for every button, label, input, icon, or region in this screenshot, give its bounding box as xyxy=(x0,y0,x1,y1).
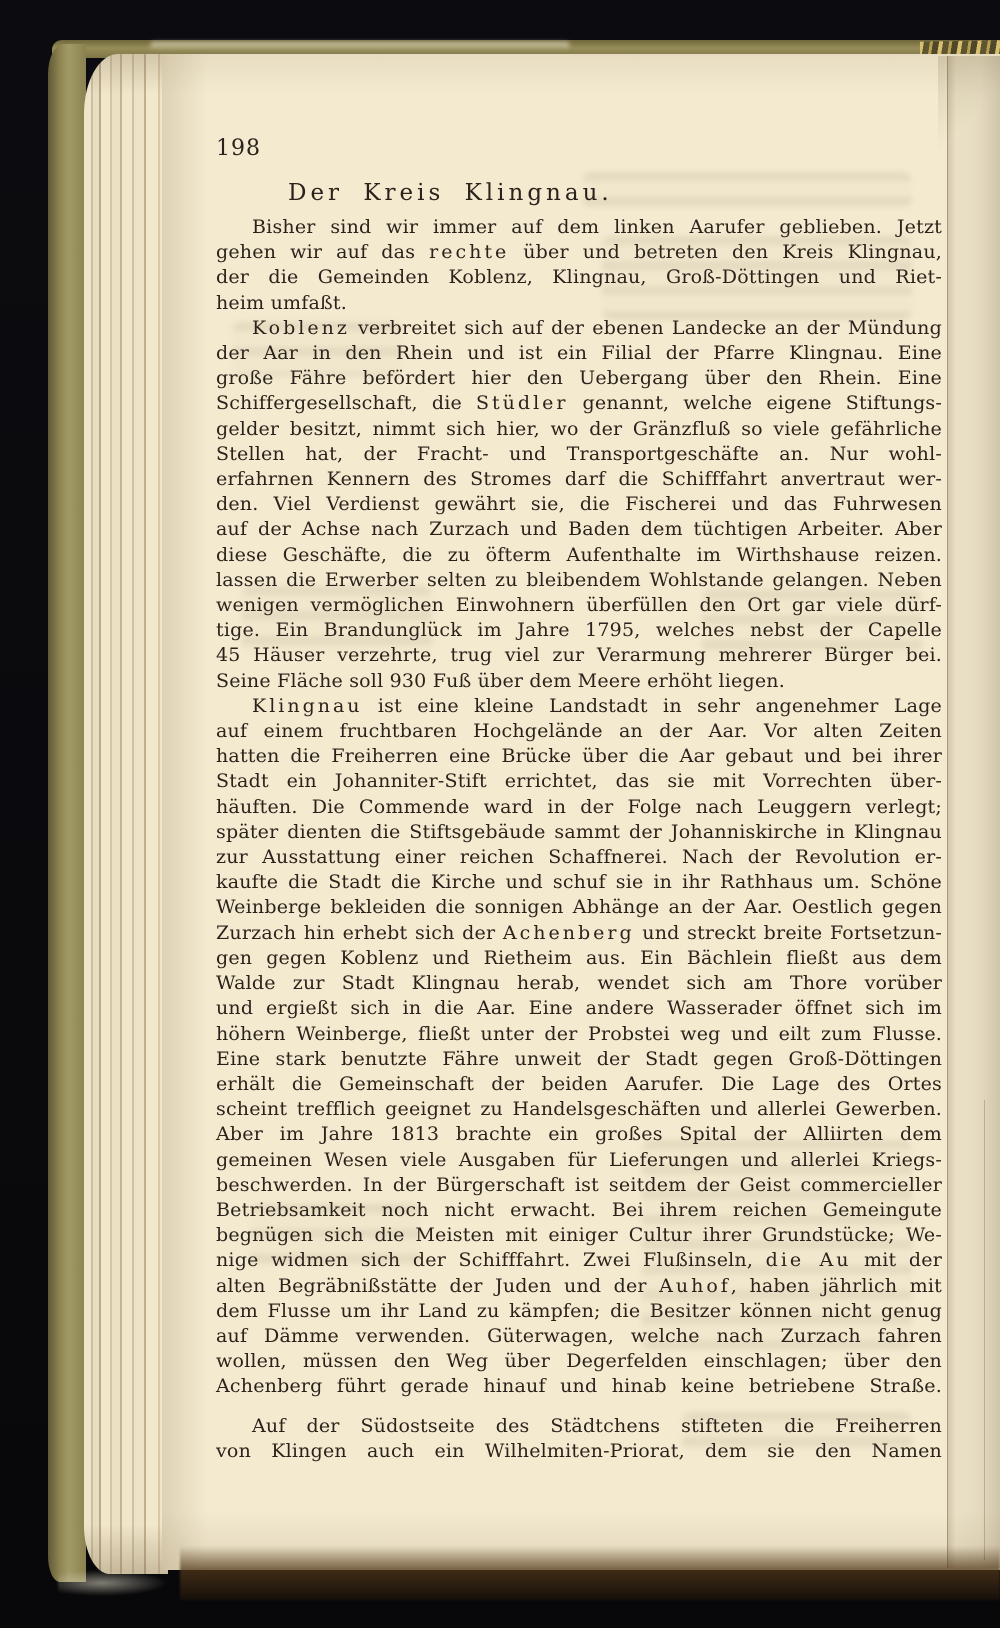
page-fold-shading xyxy=(947,56,1000,1568)
text-line: wenigen vermöglichen Einwohnern überfüll… xyxy=(216,593,942,618)
paragraph: Bisher sind wir immer auf dem linken Aar… xyxy=(216,215,942,316)
text-line: den. Viel Verdienst gewährt sie, die Fis… xyxy=(216,492,942,517)
body-paragraphs: Bisher sind wir immer auf dem linken Aar… xyxy=(216,215,942,1464)
text-line: scheint trefflich geeignet zu Handelsges… xyxy=(216,1097,942,1122)
text-line: hatten die Freiherren eine Brücke über d… xyxy=(216,744,942,769)
text-line: große Fähre befördert hier den Uebergang… xyxy=(216,366,942,391)
text-line: zur Ausstattung einer reichen Schaffnere… xyxy=(216,845,942,870)
cover-top-shine xyxy=(150,42,570,50)
text-line: dem Flusse um ihr Land zu kämpfen; die B… xyxy=(216,1299,942,1324)
text-line: Auf der Südostseite des Städtchens stift… xyxy=(216,1414,942,1439)
text-line: Achenberg führt gerade hinauf und hinab … xyxy=(216,1374,942,1399)
text-line: Klingnau ist eine kleine Landstadt in se… xyxy=(216,694,942,719)
text-line: von Klingen auch ein Wilhelmiten-Priorat… xyxy=(216,1439,942,1464)
text-line: auf einem fruchtbaren Hochgelände an der… xyxy=(216,719,942,744)
fanned-page-edges xyxy=(84,54,168,1574)
text-line: beschwerden. In der Bürgerschaft ist sei… xyxy=(216,1173,942,1198)
paragraph: Auf der Südostseite des Städtchens stift… xyxy=(216,1414,942,1464)
text-line: häuften. Die Commende ward in der Folge … xyxy=(216,795,942,820)
text-line: der Aar in den Rhein und ist ein Filial … xyxy=(216,341,942,366)
text-line: alten Begräbnißstätte der Juden und der … xyxy=(216,1274,942,1299)
text-line: Zurzach hin erhebt sich der Achenberg un… xyxy=(216,921,942,946)
cover-corner-wear xyxy=(58,1570,168,1596)
text-line: erhält die Gemeinschaft der beiden Aaruf… xyxy=(216,1072,942,1097)
text-line: Betriebsamkeit noch nicht erwacht. Bei i… xyxy=(216,1198,942,1223)
text-line: diese Geschäfte, die zu öfterm Aufenthal… xyxy=(216,543,942,568)
text-line: Schiffergesellschaft, die Stüdler genann… xyxy=(216,391,942,416)
text-line: wollen, müssen den Weg über Degerfelden … xyxy=(216,1349,942,1374)
text-line: Koblenz verbreitet sich auf der ebenen L… xyxy=(216,316,942,341)
letterspaced-word: Achenberg xyxy=(503,922,635,944)
text-line: später dienten die Stiftsgebäude sammt d… xyxy=(216,820,942,845)
text-line: auf der Achse nach Zurzach und Baden dem… xyxy=(216,517,942,542)
section-heading: Der Kreis Klingnau. xyxy=(288,179,942,208)
text-line: Weinberge bekleiden die sonnigen Abhänge… xyxy=(216,895,942,920)
text-line: tige. Ein Brandunglück im Jahre 1795, we… xyxy=(216,618,942,643)
text-line: Stadt ein Johanniter-Stift errichtet, da… xyxy=(216,769,942,794)
text-line: Aber im Jahre 1813 brachte ein großes Sp… xyxy=(216,1122,942,1147)
book-bottom-shadow xyxy=(180,1546,1000,1600)
letterspaced-word: Stüdler xyxy=(476,392,568,414)
text-line: begnügen sich die Meisten mit einiger Cu… xyxy=(216,1223,942,1248)
book-cover-left-edge xyxy=(48,44,86,1582)
text-line: Eine stark benutzte Fähre unweit der Sta… xyxy=(216,1047,942,1072)
letterspaced-word: Klingnau xyxy=(252,695,363,717)
text-line: Walde zur Stadt Klingnau herab, wendet s… xyxy=(216,971,942,996)
text-line: Bisher sind wir immer auf dem linken Aar… xyxy=(216,215,942,240)
paragraph: Koblenz verbreitet sich auf der ebenen L… xyxy=(216,316,942,694)
text-line: kaufte die Stadt die Kirche und schuf si… xyxy=(216,870,942,895)
text-line: und ergießt sich in die Aar. Eine andere… xyxy=(216,996,942,1021)
text-line: 45 Häuser verzehrte, trug viel zur Verar… xyxy=(216,643,942,668)
text-line: heim umfaßt. xyxy=(216,291,942,316)
page-corner-shade xyxy=(938,56,1000,156)
page-number: 198 xyxy=(216,136,942,162)
letterspaced-word: Auhof xyxy=(659,1275,731,1297)
text-line: lassen die Erwerber selten zu bleibendem… xyxy=(216,568,942,593)
text-line: auf Dämme verwenden. Güterwagen, welche … xyxy=(216,1324,942,1349)
book-scan: 198 Der Kreis Klingnau. Bisher sind wir … xyxy=(0,0,1000,1628)
text-line: nige widmen sich der Schifffahrt. Zwei F… xyxy=(216,1248,942,1273)
text-line: Seine Fläche soll 930 Fuß über dem Meere… xyxy=(216,669,942,694)
text-line: der die Gemeinden Koblenz, Klingnau, Gro… xyxy=(216,265,942,290)
text-line: Stellen hat, der Fracht- und Transportge… xyxy=(216,442,942,467)
text-line: gen gegen Koblenz und Rietheim aus. Ein … xyxy=(216,946,942,971)
text-line: gehen wir auf das rechte über und betret… xyxy=(216,240,942,265)
text-line: gelder besitzt, nimmt sich hier, wo der … xyxy=(216,417,942,442)
paragraph: Klingnau ist eine kleine Landstadt in se… xyxy=(216,694,942,1400)
text-line: gemeinen Wesen viele Ausgaben für Liefer… xyxy=(216,1148,942,1173)
page-fold-line xyxy=(984,1100,985,1560)
text-line: erfahrnen Kennern des Stromes darf die S… xyxy=(216,467,942,492)
letterspaced-word: rechte xyxy=(429,241,509,263)
letterspaced-word: die Au xyxy=(766,1249,852,1271)
text-block: 198 Der Kreis Klingnau. Bisher sind wir … xyxy=(216,136,942,1464)
letterspaced-word: Koblenz xyxy=(252,317,350,339)
text-line: höhern Weinberge, fließt unter der Probs… xyxy=(216,1022,942,1047)
